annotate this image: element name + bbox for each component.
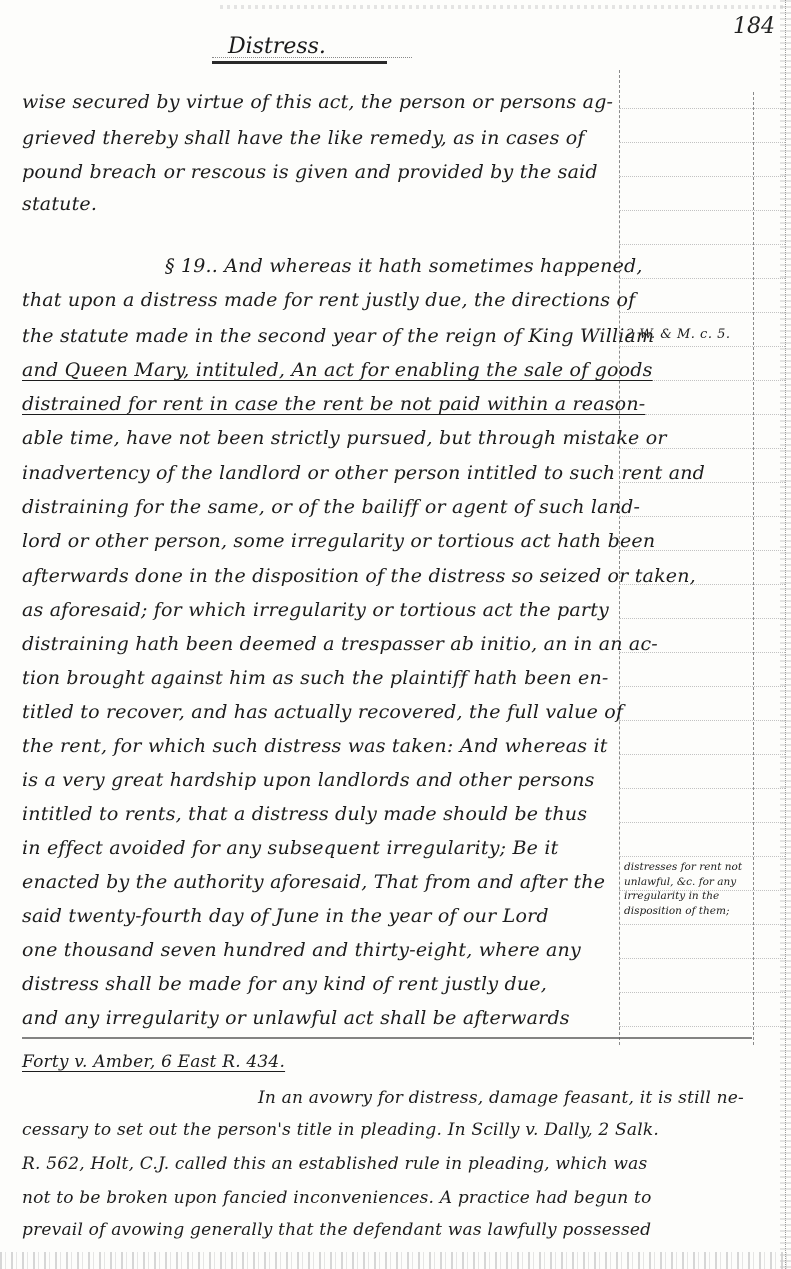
margin-ruling-line	[619, 686, 785, 687]
section-heading-line: § 19.. And whereas it hath sometimes hap…	[165, 255, 643, 277]
margin-citation: 2 W. & M. c. 5.	[626, 327, 731, 342]
body-line: distress shall be made for any kind of r…	[22, 973, 547, 995]
body-line: titled to recover, and has actually reco…	[22, 701, 623, 723]
footnote-separator	[22, 1037, 752, 1039]
margin-ruling-line	[619, 754, 785, 755]
footnote-line: cessary to set out the person's title in…	[22, 1120, 659, 1140]
page-edge-line	[785, 0, 786, 1269]
body-line: as aforesaid; for which irregularity or …	[22, 599, 609, 621]
footnote-line: prevail of avowing generally that the de…	[22, 1220, 651, 1240]
margin-ruling-line	[619, 142, 785, 143]
footnote-line: not to be broken upon fancied inconvenie…	[22, 1188, 652, 1208]
margin-ruling-line	[619, 924, 785, 925]
margin-ruling-line	[619, 720, 785, 721]
body-line: wise secured by virtue of this act, the …	[22, 91, 613, 113]
body-line: the statute made in the second year of t…	[22, 325, 654, 347]
body-line: pound breach or rescous is given and pro…	[22, 161, 598, 183]
body-line: the rent, for which such distress was ta…	[22, 735, 608, 757]
body-line: afterwards done in the disposition of th…	[22, 565, 696, 587]
margin-rule-line	[619, 70, 620, 1045]
body-line: inadvertency of the landlord or other pe…	[22, 462, 705, 484]
title-underline	[212, 61, 387, 64]
footnote-line: In an avowry for distress, damage feasan…	[258, 1088, 744, 1108]
manuscript-page: 184 Distress. wise secured by virtue of …	[0, 0, 791, 1269]
margin-ruling-line	[619, 108, 785, 109]
footnote-case-citation: Forty v. Amber, 6 East R. 434.	[22, 1052, 285, 1072]
body-line: said twenty-fourth day of June in the ye…	[22, 905, 549, 927]
body-line: and any irregularity or unlawful act sha…	[22, 1007, 570, 1029]
body-line: one thousand seven hundred and thirty-ei…	[22, 939, 581, 961]
margin-ruling-line	[619, 788, 785, 789]
title-rule	[212, 57, 412, 58]
margin-summary-line: distresses for rent not	[624, 860, 742, 875]
body-line: statute.	[22, 193, 97, 215]
body-line: tion brought against him as such the pla…	[22, 667, 609, 689]
margin-summary-line: disposition of them;	[624, 904, 742, 919]
body-line: distraining for the same, or of the bail…	[22, 496, 640, 518]
outer-margin-rule-line	[753, 92, 754, 1045]
margin-ruling-line	[619, 822, 785, 823]
margin-summary-line: unlawful, &c. for any	[624, 875, 742, 890]
margin-ruling-line	[619, 176, 785, 177]
page-title: Distress.	[228, 34, 326, 59]
body-line: enacted by the authority aforesaid, That…	[22, 871, 605, 893]
margin-ruling-line	[619, 210, 785, 211]
margin-summary-line: irregularity in the	[624, 889, 742, 904]
margin-ruling-line	[619, 992, 785, 993]
body-line: distrained for rent in case the rent be …	[22, 393, 645, 415]
body-line: and Queen Mary, intituled, An act for en…	[22, 359, 653, 381]
margin-ruling-line	[619, 278, 785, 279]
body-line: intitled to rents, that a distress duly …	[22, 803, 587, 825]
body-line: in effect avoided for any subsequent irr…	[22, 837, 558, 859]
margin-summary-note: distresses for rent not unlawful, &c. fo…	[624, 860, 742, 918]
page-number: 184	[733, 14, 775, 39]
margin-ruling-line	[619, 1026, 785, 1027]
margin-ruling-line	[619, 244, 785, 245]
scan-noise-top	[220, 5, 785, 9]
margin-ruling-line	[619, 618, 785, 619]
body-line: that upon a distress made for rent justl…	[22, 289, 635, 311]
body-line: lord or other person, some irregularity …	[22, 530, 655, 552]
body-line: is a very great hardship upon landlords …	[22, 769, 595, 791]
footnote-line: R. 562, Holt, C.J. called this an establ…	[22, 1154, 647, 1174]
margin-ruling-line	[619, 856, 785, 857]
body-line: distraining hath been deemed a trespasse…	[22, 633, 658, 655]
margin-ruling-line	[619, 516, 785, 517]
body-line: able time, have not been strictly pursue…	[22, 427, 667, 449]
margin-ruling-line	[619, 958, 785, 959]
margin-ruling-line	[619, 312, 785, 313]
body-line: grieved thereby shall have the like reme…	[22, 127, 585, 149]
scan-noise-bottom	[0, 1252, 791, 1269]
